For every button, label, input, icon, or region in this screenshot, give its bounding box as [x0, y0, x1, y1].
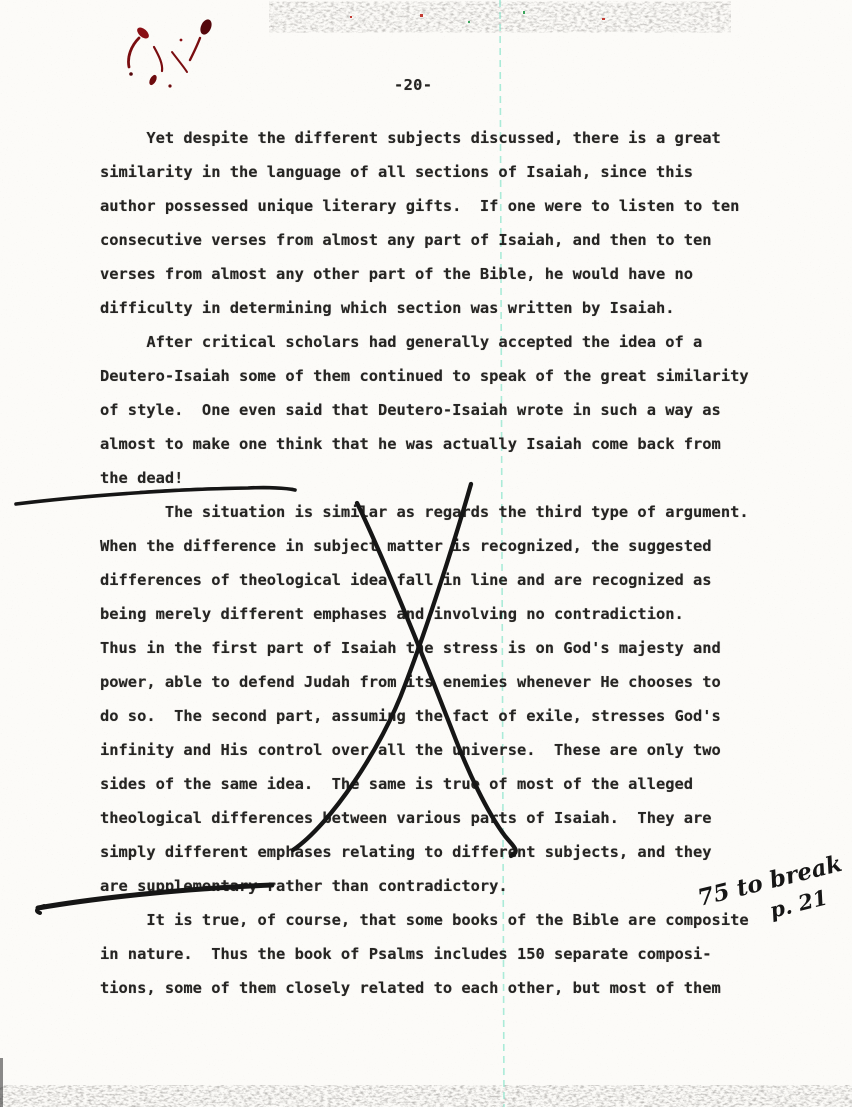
text-line: infinity and His control over all the un…: [100, 733, 800, 767]
text-line: are supplementary rather than contradict…: [100, 869, 800, 903]
text-line: similarity in the language of all sectio…: [100, 155, 800, 189]
text-line: author possessed unique literary gifts. …: [100, 189, 800, 223]
text-line: Deutero-Isaiah some of them continued to…: [100, 359, 800, 393]
scanned-document-page: -20- Yet despite the different subjects …: [0, 0, 852, 1107]
text-line: Yet despite the different subjects discu…: [100, 121, 800, 155]
text-line: power, able to defend Judah from its ene…: [100, 665, 800, 699]
text-line: of style. One even said that Deutero-Isa…: [100, 393, 800, 427]
text-line: verses from almost any other part of the…: [100, 257, 800, 291]
text-line: in nature. Thus the book of Psalms inclu…: [100, 937, 800, 971]
text-line: Thus in the first part of Isaiah the str…: [100, 631, 800, 665]
text-line: It is true, of course, that some books o…: [100, 903, 800, 937]
bottom-noise-band: [0, 1058, 852, 1107]
text-line: tions, some of them closely related to e…: [100, 971, 800, 1005]
text-line: simply different emphases relating to di…: [100, 835, 800, 869]
text-line: theological differences between various …: [100, 801, 800, 835]
page-number: -20-: [394, 76, 432, 94]
text-line: sides of the same idea. The same is true…: [100, 767, 800, 801]
text-line: almost to make one think that he was act…: [100, 427, 800, 461]
text-line: differences of theological idea fall in …: [100, 563, 800, 597]
text-line: being merely different emphases and invo…: [100, 597, 800, 631]
text-line: When the difference in subject matter is…: [100, 529, 800, 563]
text-line: the dead!: [100, 461, 800, 495]
text-line: After critical scholars had generally ac…: [100, 325, 800, 359]
text-line: difficulty in determining which section …: [100, 291, 800, 325]
text-line: The situation is similar as regards the …: [100, 495, 800, 529]
ink-splatter: [128, 18, 213, 88]
text-line: do so. The second part, assuming the fac…: [100, 699, 800, 733]
text-line: consecutive verses from almost any part …: [100, 223, 800, 257]
top-noise-band: [290, 6, 710, 28]
typewritten-body: Yet despite the different subjects discu…: [100, 121, 800, 1005]
